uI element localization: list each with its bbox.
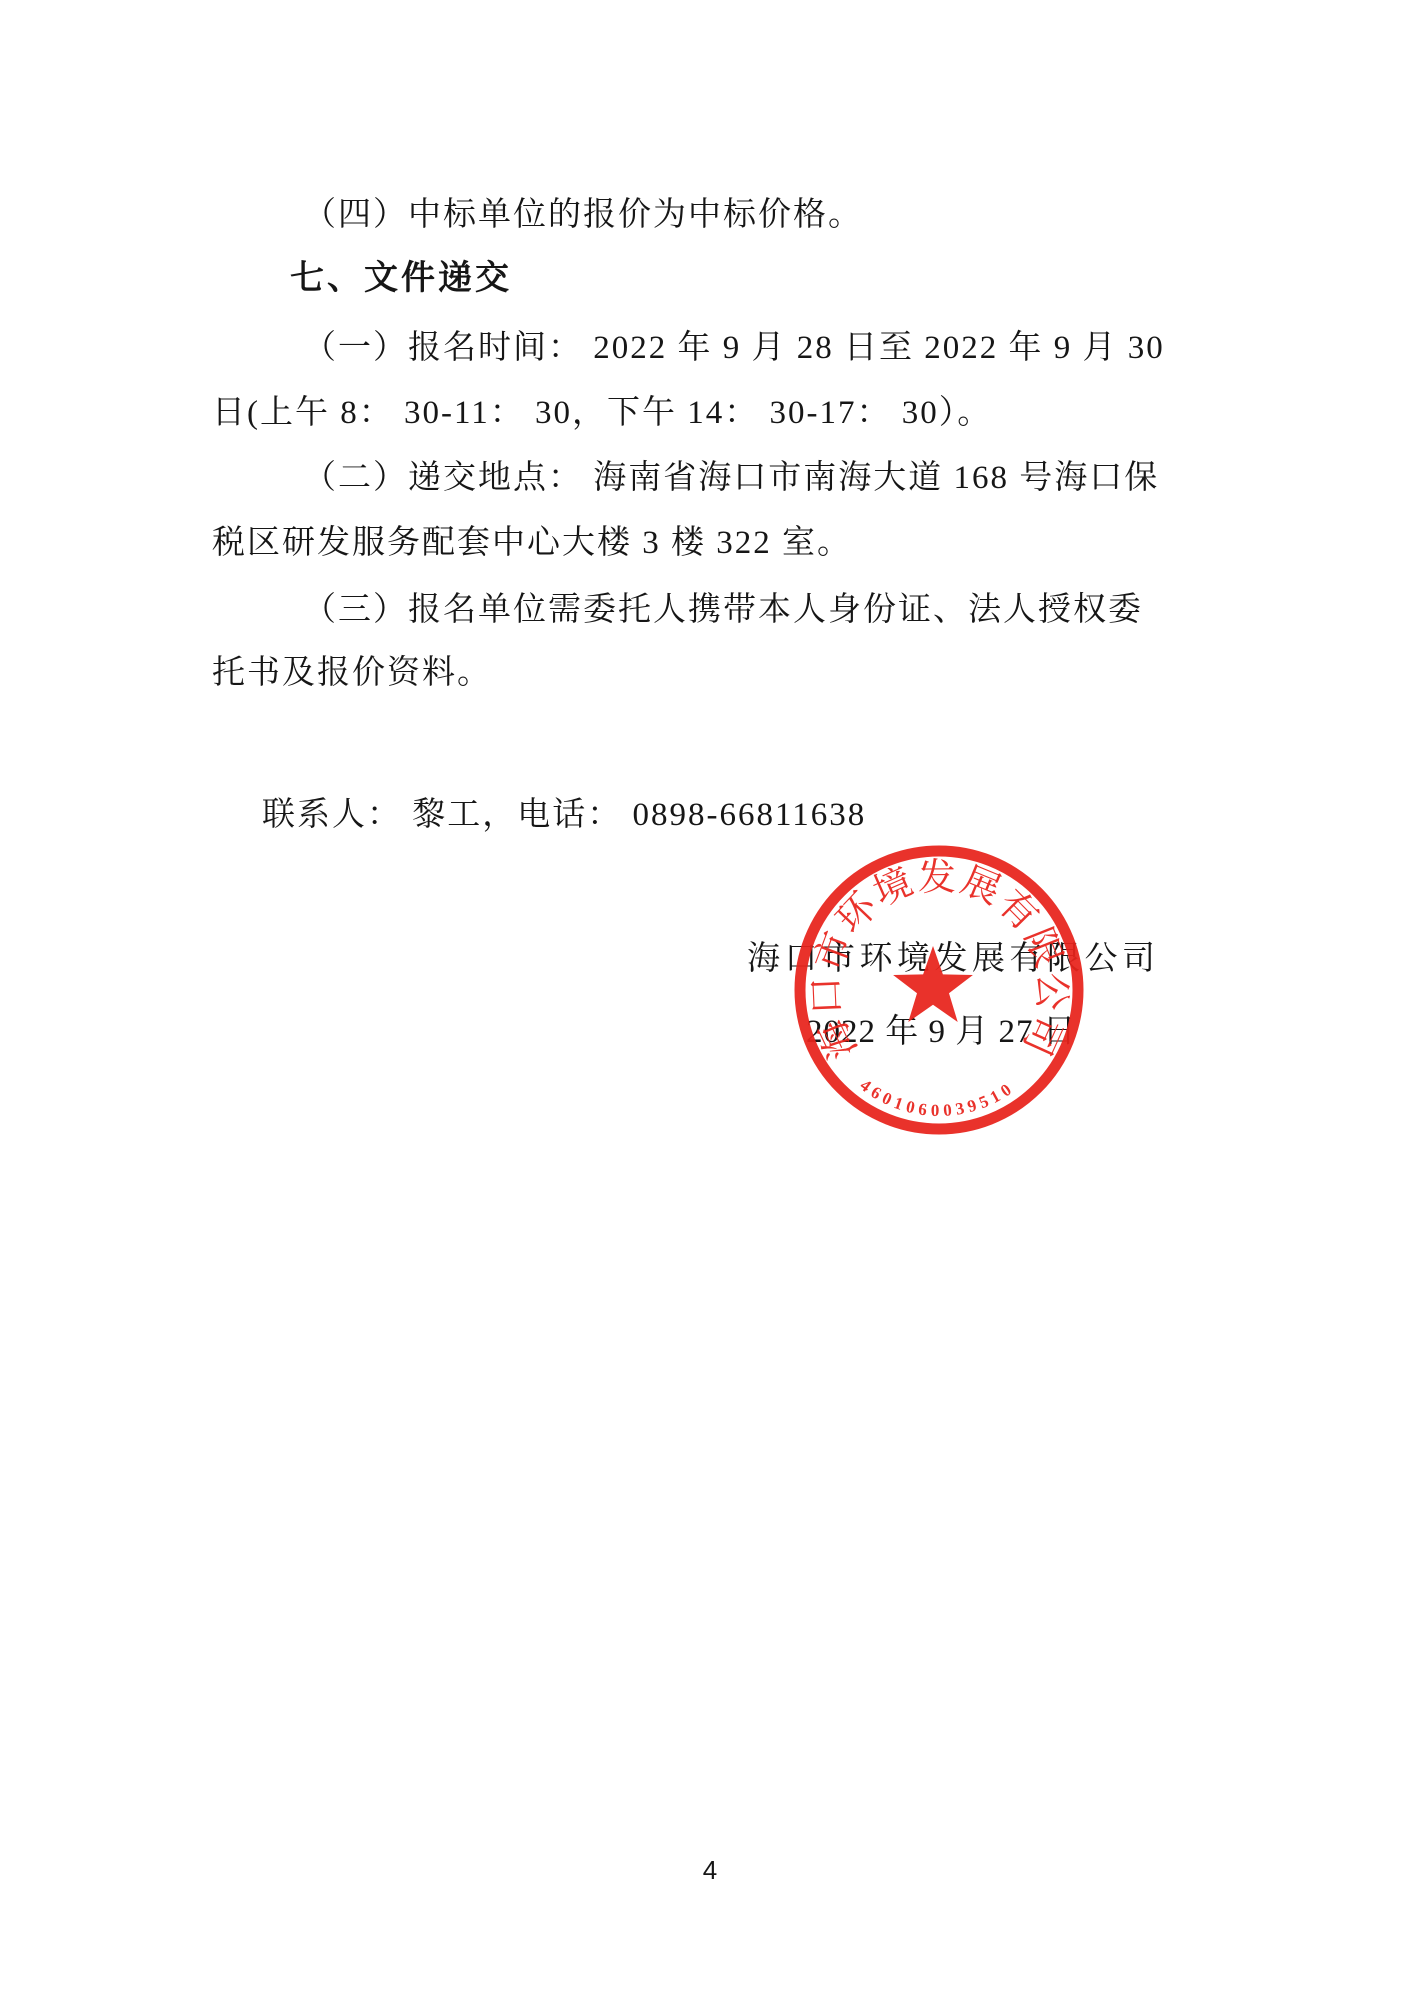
authorization-requirement-line-1: （三）报名单位需委托人携带本人身份证、法人授权委: [303, 588, 1143, 632]
submission-address-line-1: （二）递交地点： 海南省海口市南海大道 168 号海口保: [303, 456, 1159, 500]
authorization-requirement-line-2: 托书及报价资料。: [212, 651, 492, 695]
contact-person-line: 联系人： 黎工，电话： 0898-66811638: [262, 793, 866, 837]
section-heading: 七、文件递交: [290, 256, 512, 300]
document-page: （四）中标单位的报价为中标价格。 七、文件递交 （一）报名时间： 2022 年 …: [0, 0, 1411, 1995]
submission-time-line-1: （一）报名时间： 2022 年 9 月 28 日至 2022 年 9 月 30: [303, 326, 1165, 370]
submission-address-line-2: 税区研发服务配套中心大楼 3 楼 322 室。: [212, 521, 852, 565]
submission-time-line-2: 日(上午 8： 30-11： 30，下午 14： 30-17： 30）。: [212, 391, 992, 435]
company-seal-stamp: 海口市环境发展有限公司 4601060039510: [789, 840, 1089, 1140]
seal-star-icon: [893, 946, 973, 1022]
clause-four-text: （四）中标单位的报价为中标价格。: [303, 193, 863, 237]
page-number: 4: [690, 1848, 730, 1892]
